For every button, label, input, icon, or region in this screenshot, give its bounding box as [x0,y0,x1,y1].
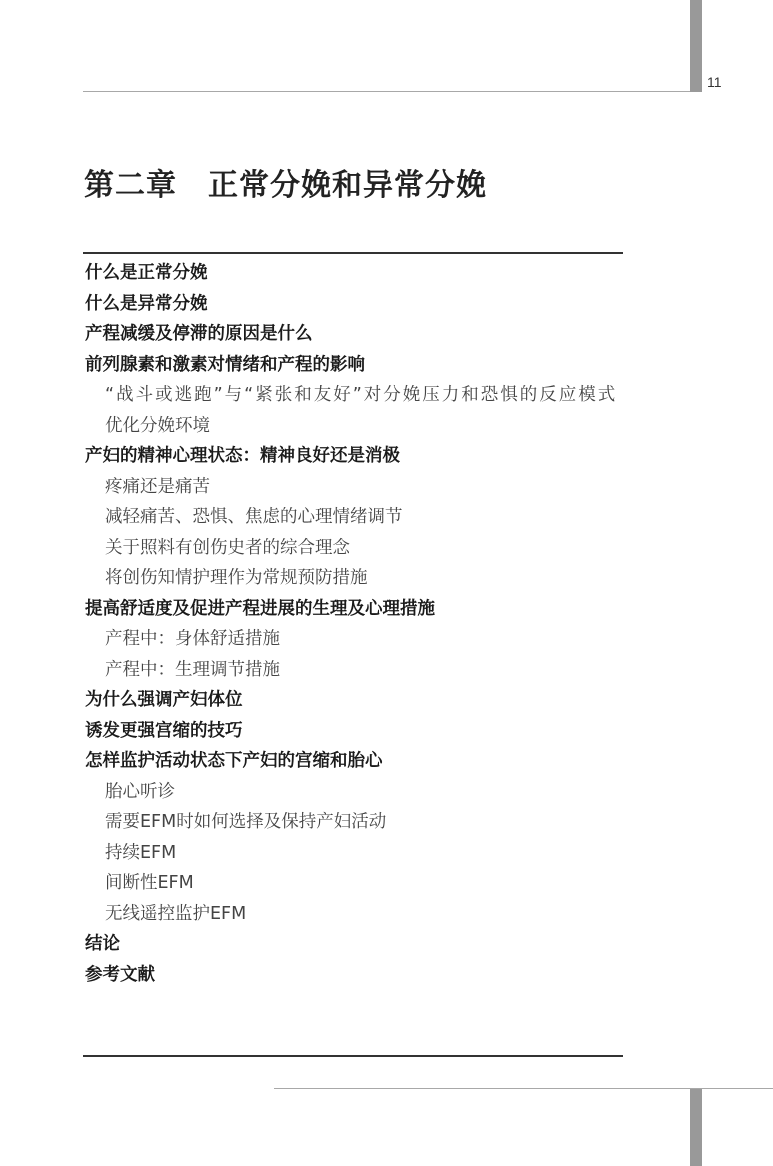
toc-subsection-item: 无线遥控监护EFM [85,899,625,930]
toc-section-item: 什么是异常分娩 [85,289,625,320]
toc-section-item: 产妇的精神心理状态：精神良好还是消极 [85,441,625,472]
toc-section-item: 什么是正常分娩 [85,258,625,289]
toc-subsection-item: 产程中：生理调节措施 [85,655,625,686]
toc-subsection-item: 持续EFM [85,838,625,869]
toc-subsection-item: 需要EFM时如何选择及保持产妇活动 [85,807,625,838]
toc-subsection-item: 间断性EFM [85,868,625,899]
toc-section-item: 提高舒适度及促进产程进展的生理及心理措施 [85,594,625,625]
toc-section-item: 结论 [85,929,625,960]
toc-subsection-item: 减轻痛苦、恐惧、焦虑的心理情绪调节 [85,502,625,533]
page-number: 11 [707,74,722,90]
toc-subsection-item: 关于照料有创伤史者的综合理念 [85,533,625,564]
toc-subsection-item: 胎心听诊 [85,777,625,808]
chapter-title: 第二章 正常分娩和异常分娩 [84,160,487,204]
table-of-contents: 什么是正常分娩什么是异常分娩产程减缓及停滞的原因是什么前列腺素和激素对情绪和产程… [85,258,625,990]
header-rule [83,91,690,92]
toc-subsection-item: 将创伤知情护理作为常规预防措施 [85,563,625,594]
toc-section-item: 为什么强调产妇体位 [85,685,625,716]
toc-subsection-item: 产程中：身体舒适措施 [85,624,625,655]
toc-subsection-item: 疼痛还是痛苦 [85,472,625,503]
toc-section-item: 诱发更强宫缩的技巧 [85,716,625,747]
page-tab-bar-bottom [690,1089,702,1166]
toc-subsection-item: “战斗或逃跑”与“紧张和友好”对分娩压力和恐惧的反应模式 [85,380,625,411]
page-tab-bar-top [690,0,702,92]
toc-subsection-item: 优化分娩环境 [85,411,625,442]
toc-top-rule [83,252,623,254]
toc-section-item: 前列腺素和激素对情绪和产程的影响 [85,350,625,381]
toc-section-item: 产程减缓及停滞的原因是什么 [85,319,625,350]
toc-bottom-rule [83,1055,623,1057]
toc-section-item: 怎样监护活动状态下产妇的宫缩和胎心 [85,746,625,777]
toc-section-item: 参考文献 [85,960,625,991]
